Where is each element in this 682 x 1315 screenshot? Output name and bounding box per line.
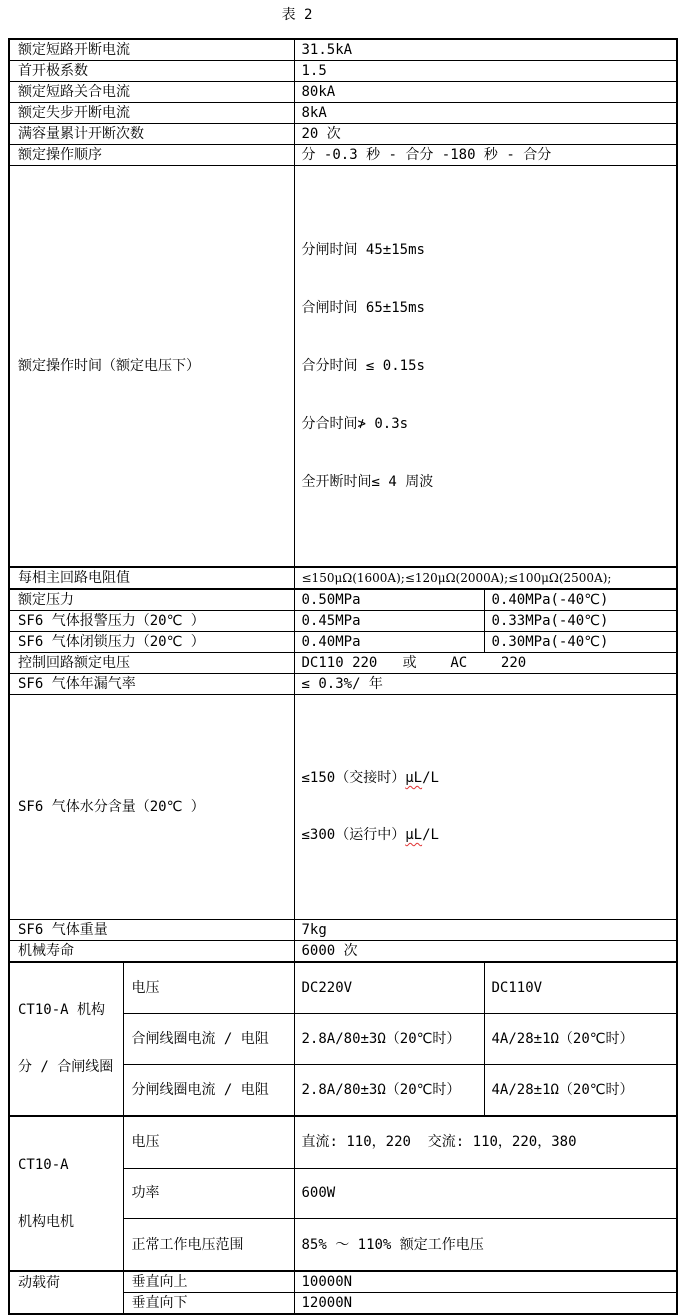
row-value: 20 次 <box>294 124 677 145</box>
table-row: 额定操作时间（额定电压下） 分闸时间 45±15ms 合闸时间 65±15ms … <box>9 166 677 568</box>
row-value: ≤ 0.3%/ 年 <box>294 674 677 695</box>
table-row: SF6 气体重量 7kg <box>9 920 677 941</box>
row-value-minus40c: 0.30MPa(-40℃) <box>484 632 677 653</box>
moisture-line: ≤300（运行中）μL/L <box>302 825 670 846</box>
row-value: 85% ～ 110% 额定工作电压 <box>294 1219 677 1271</box>
table-row: SF6 气体闭锁压力（20℃ ） 0.40MPa 0.30MPa(-40℃) <box>9 632 677 653</box>
table-row: 动载荷 垂直向上 10000N <box>9 1271 677 1293</box>
table-row: 控制回路额定电压 DC110 220 或 AC 220 <box>9 653 677 674</box>
sub-label: 分闸线圈电流 / 电阻 <box>123 1064 294 1116</box>
sub-label: 垂直向上 <box>123 1271 294 1293</box>
operating-time-line: 合分时间 ≤ 0.15s <box>302 355 670 377</box>
row-value: 31.5kA <box>294 39 677 61</box>
row-value: 直流: 110，220 交流: 110，220，380 <box>294 1116 677 1168</box>
sub-label: 电压 <box>123 1116 294 1168</box>
operating-time-line: 分闸时间 45±15ms <box>302 239 670 261</box>
table-row: 机械寿命 6000 次 <box>9 941 677 963</box>
row-value: ≤150（交接时）μL/L ≤300（运行中）μL/L <box>294 695 677 920</box>
spellcheck-squiggle: μL <box>405 827 422 843</box>
group-label-motor: CT10-A 机构电机 <box>9 1116 123 1271</box>
row-value: 600W <box>294 1168 677 1219</box>
row-value-dc220: 2.8A/80±3Ω（20℃时） <box>294 1014 484 1065</box>
row-value-20c: 0.40MPa <box>294 632 484 653</box>
row-label: SF6 气体年漏气率 <box>9 674 294 695</box>
row-value: 分闸时间 45±15ms 合闸时间 65±15ms 合分时间 ≤ 0.15s 分… <box>294 166 677 568</box>
row-label: 满容量累计开断次数 <box>9 124 294 145</box>
row-value: 8kA <box>294 103 677 124</box>
row-label: SF6 气体闭锁压力（20℃ ） <box>9 632 294 653</box>
sub-label: 合闸线圈电流 / 电阻 <box>123 1014 294 1065</box>
spellcheck-squiggle: μL <box>405 770 422 786</box>
row-label: 首开极系数 <box>9 61 294 82</box>
table-row: 每相主回路电阻值 ≤150μΩ(1600A);≤120μΩ(2000A);≤10… <box>9 567 677 589</box>
table-row: 额定失步开断电流 8kA <box>9 103 677 124</box>
sub-label: 正常工作电压范围 <box>123 1219 294 1271</box>
row-value-minus40c: 0.33MPa(-40℃) <box>484 611 677 632</box>
row-label: 额定压力 <box>9 589 294 611</box>
sub-label: 功率 <box>123 1168 294 1219</box>
row-label: 控制回路额定电压 <box>9 653 294 674</box>
row-label: SF6 气体重量 <box>9 920 294 941</box>
table-row: 额定短路开断电流 31.5kA <box>9 39 677 61</box>
table-row: 满容量累计开断次数 20 次 <box>9 124 677 145</box>
row-label: 额定操作时间（额定电压下） <box>9 166 294 568</box>
page-title: 表 2 <box>0 6 682 24</box>
row-value-dc220: 2.8A/80±3Ω（20℃时） <box>294 1064 484 1116</box>
group-label-coil: CT10-A 机构 分 / 合闸线圈 <box>9 962 123 1116</box>
row-label: 额定短路关合电流 <box>9 82 294 103</box>
operating-time-line: 合闸时间 65±15ms <box>302 297 670 319</box>
row-value: 7kg <box>294 920 677 941</box>
table-row: CT10-A 机构 分 / 合闸线圈 电压 DC220V DC110V <box>9 962 677 1014</box>
row-label: 额定失步开断电流 <box>9 103 294 124</box>
table-row: SF6 气体水分含量（20℃ ） ≤150（交接时）μL/L ≤300（运行中）… <box>9 695 677 920</box>
row-value: 6000 次 <box>294 941 677 963</box>
row-value-dc220: DC220V <box>294 962 484 1014</box>
row-value-dc110: 4A/28±1Ω（20℃时） <box>484 1064 677 1116</box>
row-label: 额定短路开断电流 <box>9 39 294 61</box>
row-label: 额定操作顺序 <box>9 145 294 166</box>
row-value: 1.5 <box>294 61 677 82</box>
table-row: 额定短路关合电流 80kA <box>9 82 677 103</box>
row-value-dc110: 4A/28±1Ω（20℃时） <box>484 1014 677 1065</box>
row-label: 每相主回路电阻值 <box>9 567 294 589</box>
row-label: SF6 气体报警压力（20℃ ） <box>9 611 294 632</box>
row-value-20c: 0.45MPa <box>294 611 484 632</box>
group-label-load: 动载荷 <box>9 1271 123 1314</box>
table-row: SF6 气体报警压力（20℃ ） 0.45MPa 0.33MPa(-40℃) <box>9 611 677 632</box>
row-value: 10000N <box>294 1271 677 1293</box>
moisture-line: ≤150（交接时）μL/L <box>302 768 670 789</box>
table-row: CT10-A 机构电机 电压 直流: 110，220 交流: 110，220，3… <box>9 1116 677 1168</box>
table-row: 首开极系数 1.5 <box>9 61 677 82</box>
row-value-dc110: DC110V <box>484 962 677 1014</box>
row-value-minus40c: 0.40MPa(-40℃) <box>484 589 677 611</box>
operating-time-line: 全开断时间≤ 4 周波 <box>302 471 670 493</box>
table-row: SF6 气体年漏气率 ≤ 0.3%/ 年 <box>9 674 677 695</box>
spec-table: 额定短路开断电流 31.5kA 首开极系数 1.5 额定短路关合电流 80kA … <box>8 38 678 1315</box>
row-value-20c: 0.50MPa <box>294 589 484 611</box>
row-value: DC110 220 或 AC 220 <box>294 653 677 674</box>
row-label: SF6 气体水分含量（20℃ ） <box>9 695 294 920</box>
sub-label: 电压 <box>123 962 294 1014</box>
row-value: 80kA <box>294 82 677 103</box>
sub-label: 垂直向下 <box>123 1293 294 1315</box>
table-row: 额定操作顺序 分 -0.3 秒 - 合分 -180 秒 - 合分 <box>9 145 677 166</box>
operating-time-line: 分合时间≯ 0.3s <box>302 413 670 435</box>
row-value: 12000N <box>294 1293 677 1315</box>
row-label: 机械寿命 <box>9 941 294 963</box>
table-row: 额定压力 0.50MPa 0.40MPa(-40℃) <box>9 589 677 611</box>
row-value: ≤150μΩ(1600A);≤120μΩ(2000A);≤100μΩ(2500A… <box>294 567 677 589</box>
row-value: 分 -0.3 秒 - 合分 -180 秒 - 合分 <box>294 145 677 166</box>
